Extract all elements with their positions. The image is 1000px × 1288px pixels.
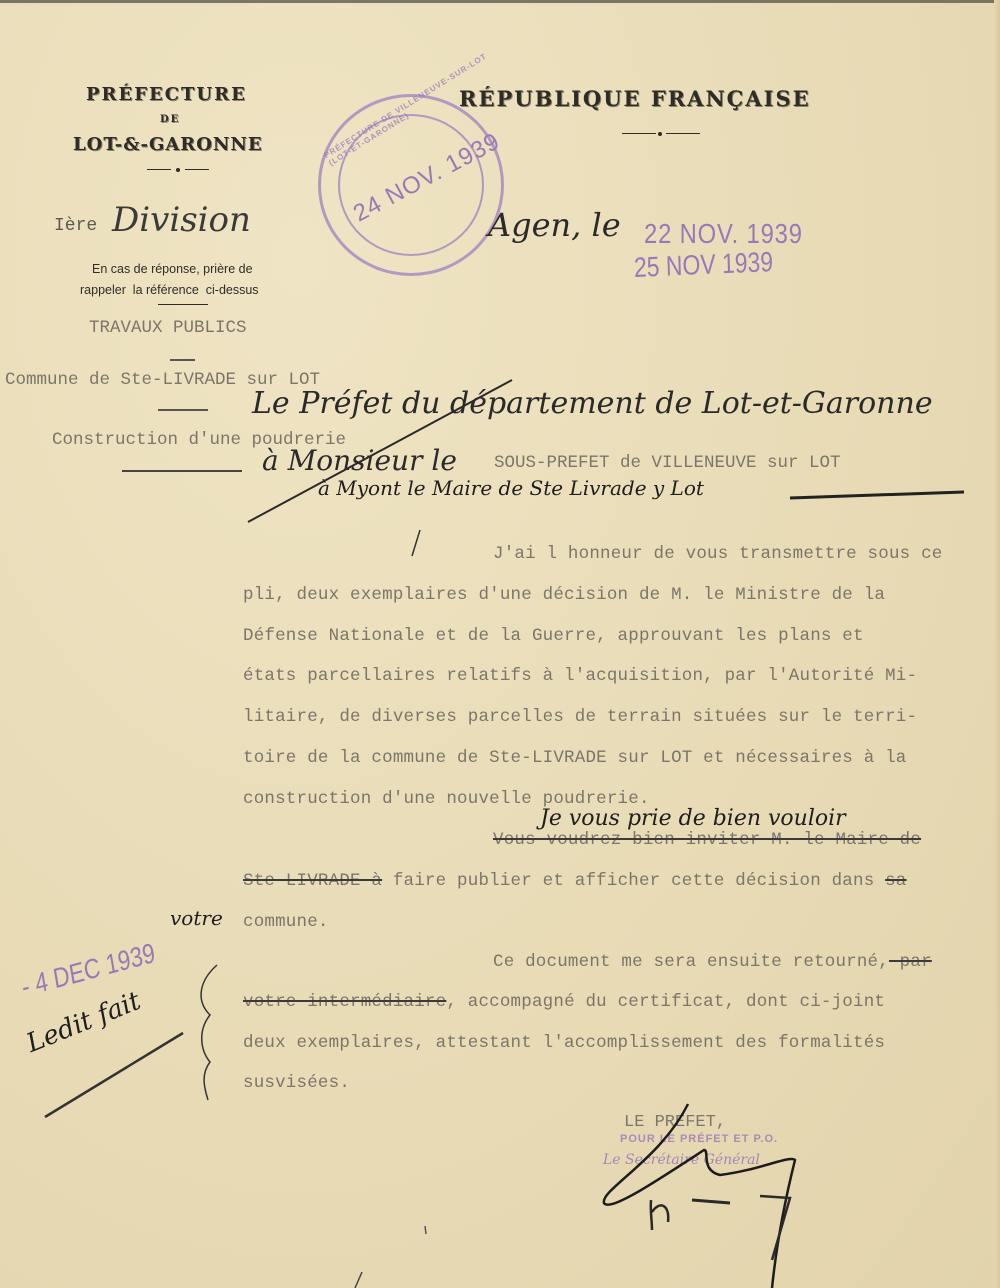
- margin-note-underline: [45, 1033, 183, 1117]
- handwritten-strokes: [0, 0, 1000, 1288]
- margin-bracket-icon: [201, 965, 217, 1100]
- pen-slash: [412, 530, 420, 556]
- diagonal-strike-line: [248, 380, 512, 522]
- signature-flourish: [651, 1200, 669, 1230]
- signature-dash: [692, 1200, 730, 1203]
- pen-mark: [425, 1226, 426, 1234]
- address-underline: [790, 492, 964, 498]
- document-page: PRÉFECTURE DE LOT-&-GARONNE Ière Divisio…: [0, 0, 1000, 1288]
- pen-mark: [355, 1272, 362, 1288]
